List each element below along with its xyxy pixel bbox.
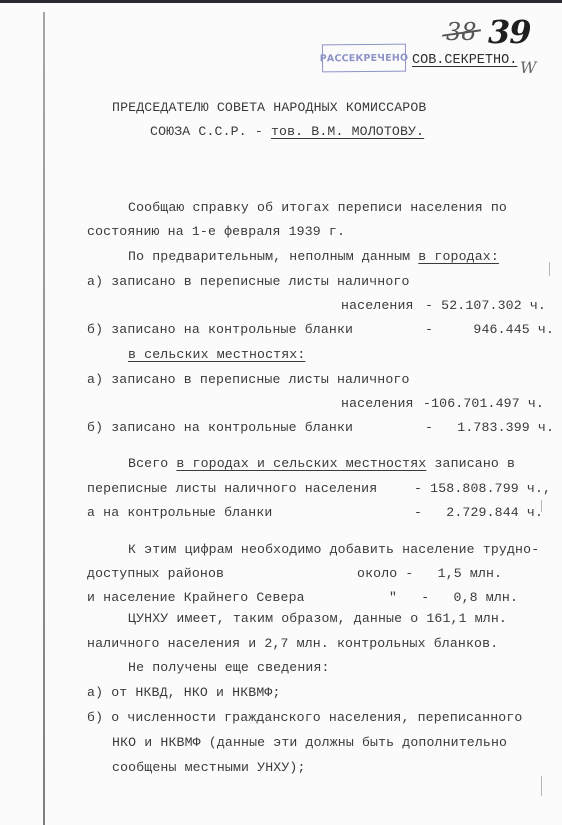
total-suffix: записано в [426, 456, 515, 471]
declassified-stamp: РАССЕКРЕЧЕНО [322, 44, 406, 73]
total-prefix: Всего [128, 456, 176, 471]
rural-b-label: б) записано на контрольные бланки [87, 420, 353, 436]
missing-item-b-line-1: б) о численности гражданского населения,… [87, 710, 522, 726]
addressee-org: СОЮЗА С.С.Р. - [150, 124, 271, 139]
rural-a-cont: населения [341, 396, 414, 412]
cities-a-label: а) записано в переписные листы наличного [87, 274, 410, 290]
total-line: Всего в городах и сельских местностях за… [128, 456, 515, 472]
missing-heading: Не получены еще сведения: [128, 660, 330, 676]
classification-mark: СОВ.СЕКРЕТНО. [412, 53, 517, 68]
prelim-text: По предварительным, неполным данным [128, 249, 418, 264]
cities-a-cont: населения [341, 298, 414, 314]
addressee-line-1: ПРЕДСЕДАТЕЛЮ СОВЕТА НАРОДНЫХ КОМИССАРОВ [112, 100, 427, 116]
cities-a-value: - 52.107.302 ч. [425, 298, 546, 314]
scan-artifact [549, 262, 550, 276]
total-blanks-value: - 2.729.844 ч. [414, 505, 543, 521]
rural-a-value: -106.701.497 ч. [423, 396, 544, 412]
add-line-1: К этим цифрам необходимо добавить населе… [128, 542, 539, 558]
add-line-2-label: доступных районов [87, 566, 224, 582]
cities-b-label: б) записано на контрольные бланки [87, 322, 353, 338]
rural-b-value: - 1.783.399 ч. [425, 420, 554, 436]
add-line-3-label: и население Крайнего Севера [87, 590, 305, 606]
page-number-new: 39 [488, 13, 531, 51]
add-line-3-value: " - 0,8 млн. [389, 590, 518, 606]
missing-item-a: а) от НКВД, НКО и НКВМФ; [87, 685, 281, 701]
intro-line-1: Сообщаю справку об итогах переписи насел… [128, 200, 507, 216]
prelim-line: По предварительным, неполным данным в го… [128, 249, 499, 265]
missing-item-b-line-3: сообщены местными УНХУ); [112, 760, 306, 776]
page-number-old: 38 [446, 18, 477, 46]
document-page: 38 39 РАССЕКРЕЧЕНО СОВ.СЕКРЕТНО. W ПРЕДС… [0, 0, 562, 825]
rural-a-label: а) записано в переписные листы наличного [87, 372, 410, 388]
intro-line-2: состоянию на 1-е февраля 1939 г. [87, 224, 345, 240]
paper-fold-line [43, 12, 45, 825]
summary-line-2: наличного населения и 2,7 млн. контрольн… [87, 636, 498, 652]
scan-top-border [0, 0, 562, 3]
scan-artifact [541, 776, 542, 796]
total-lists-label: переписные листы наличного населения [87, 481, 377, 497]
cities-heading: в городах: [418, 249, 499, 264]
total-scope: в городах и сельских местностях [176, 456, 426, 471]
addressee-name: тов. В.М. МОЛОТОВУ. [271, 124, 424, 139]
handwritten-mark: W [520, 58, 536, 77]
summary-line-1: ЦУНХУ имеет, таким образом, данные о 161… [128, 611, 507, 627]
total-lists-value: - 158.808.799 ч., [414, 481, 551, 497]
rural-heading: в сельских местностях: [128, 347, 305, 363]
add-line-2-value: около - 1,5 млн. [357, 566, 502, 582]
cities-b-value: - 946.445 ч. [425, 322, 554, 338]
missing-item-b-line-2: НКО и НКВМФ (данные эти должны быть допо… [112, 735, 507, 751]
addressee-line-2: СОЮЗА С.С.Р. - тов. В.М. МОЛОТОВУ. [150, 124, 424, 140]
total-blanks-label: а на контрольные бланки [87, 505, 272, 521]
